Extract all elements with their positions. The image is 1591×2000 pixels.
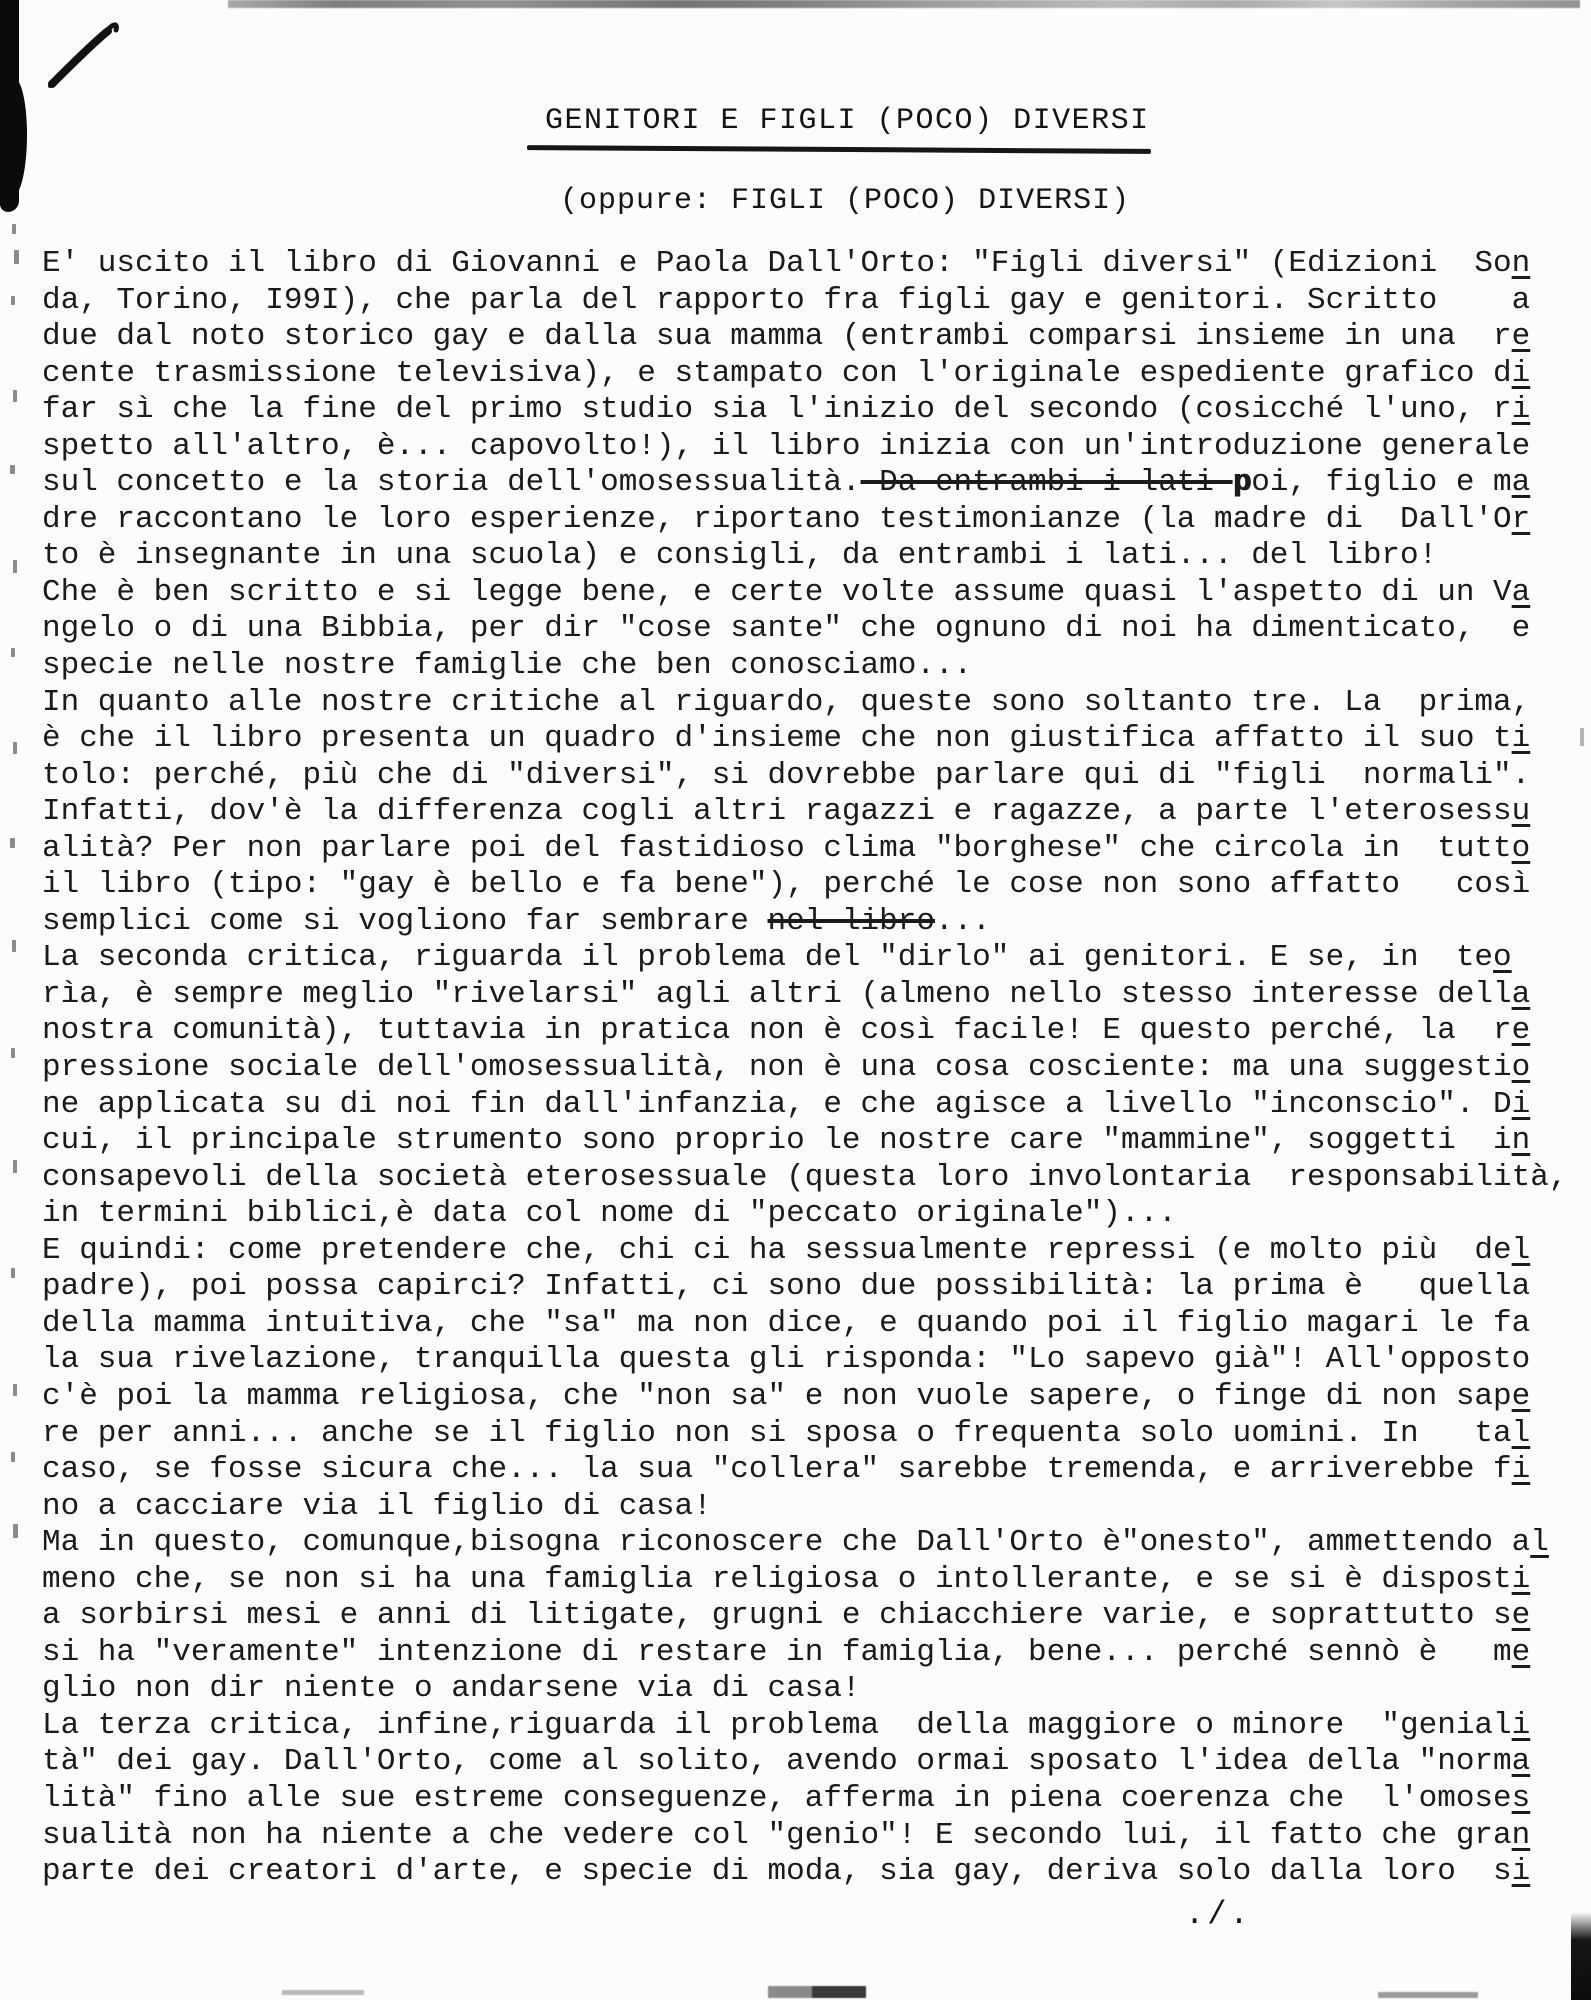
text-line: E' uscito il libro di Giovanni e Paola D… <box>42 246 1572 283</box>
text-line: la sua rivelazione, tranquilla questa gl… <box>42 1342 1572 1379</box>
text-line: dre raccontano le loro esperienze, ripor… <box>42 502 1572 539</box>
scan-edge-corner-bar <box>1571 1912 1591 2000</box>
text-line: il libro (tipo: "gay è bello e fa bene")… <box>42 867 1572 904</box>
text-line: glio non dir niente o andarsene via di c… <box>42 1671 1572 1708</box>
text-line: due dal noto storico gay e dalla sua mam… <box>42 319 1572 356</box>
scan-edge-bottom-mark <box>1378 1992 1478 1998</box>
text-line: tolo: perché, più che di "diversi", si d… <box>42 758 1572 795</box>
text-line: Ma in questo, comunque,bisogna riconosce… <box>42 1525 1572 1562</box>
scan-edge-right-speck <box>1580 728 1584 746</box>
continuation-mark: ./. <box>1185 1896 1252 1933</box>
scan-edge-bottom-mark <box>282 1990 364 1995</box>
text-line: si ha "veramente" intenzione di restare … <box>42 1635 1572 1672</box>
scan-margin-tick <box>11 1048 15 1058</box>
text-line: ne applicata su di noi fin dall'infanzia… <box>42 1087 1572 1124</box>
text-line: E quindi: come pretendere che, chi ci ha… <box>42 1233 1572 1270</box>
scan-margin-tick <box>11 648 15 657</box>
page-title: GENITORI E FIGLI (POCO) DIVERSI <box>545 104 1150 138</box>
page-subtitle: (oppure: FIGLI (POCO) DIVERSI) <box>560 184 1130 218</box>
text-line: La seconda critica, riguarda il problema… <box>42 940 1572 977</box>
text-line: della mamma intuitiva, che "sa" ma non d… <box>42 1306 1572 1343</box>
text-line: in termini biblici,è data col nome di "p… <box>42 1196 1572 1233</box>
scan-margin-tick <box>12 940 16 952</box>
text-line: specie nelle nostre famiglie che ben con… <box>42 648 1572 685</box>
scan-edge-top-streak <box>228 0 1580 8</box>
text-line: caso, se fosse sicura che... la sua "col… <box>42 1452 1572 1489</box>
scan-margin-tick <box>13 1384 17 1396</box>
scan-margin-tick <box>10 838 15 848</box>
text-line: semplici come si vogliono far sembrare n… <box>42 904 1572 941</box>
text-line: cui, il principale strumento sono propri… <box>42 1123 1572 1160</box>
text-line: a sorbirsi mesi e anni di litigate, grug… <box>42 1598 1572 1635</box>
text-line: Infatti, dov'è la differenza cogli altri… <box>42 794 1572 831</box>
text-line: no a cacciare via il figlio di casa! <box>42 1489 1572 1526</box>
text-line: ngelo o di una Bibbia, per dir "cose san… <box>42 611 1572 648</box>
scan-margin-tick <box>12 224 16 234</box>
text-line: nostra comunità), tuttavia in pratica no… <box>42 1013 1572 1050</box>
scan-margin-tick <box>14 250 19 264</box>
text-line: consapevoli della società eterosessuale … <box>42 1160 1572 1197</box>
text-line: tà" dei gay. Dall'Orto, come al solito, … <box>42 1744 1572 1781</box>
text-line: lità" fino alle sue estreme conseguenze,… <box>42 1781 1572 1818</box>
text-line: pressione sociale dell'omosessualità, no… <box>42 1050 1572 1087</box>
scan-margin-tick <box>13 742 17 754</box>
scan-margin-tick <box>11 1268 15 1278</box>
scan-margin-tick <box>10 465 15 474</box>
text-line: alità? Per non parlare poi del fastidios… <box>42 831 1572 868</box>
pen-mark-icon <box>42 14 134 94</box>
scan-margin-tick <box>13 1160 17 1173</box>
scan-margin-tick <box>13 1524 18 1538</box>
text-line: far sì che la fine del primo studio sia … <box>42 392 1572 429</box>
document-body: E' uscito il libro di Giovanni e Paola D… <box>42 246 1572 1891</box>
text-line: meno che, se non si ha una famiglia reli… <box>42 1562 1572 1599</box>
text-line: spetto all'altro, è... capovolto!), il l… <box>42 429 1572 466</box>
text-line: sul concetto e la storia dell'omosessual… <box>42 465 1572 502</box>
scan-margin-tick <box>13 560 17 573</box>
title-underline-rule <box>527 145 1151 154</box>
text-line: re per anni... anche se il figlio non si… <box>42 1416 1572 1453</box>
text-line: è che il libro presenta un quadro d'insi… <box>42 721 1572 758</box>
text-line: da, Torino, I99I), che parla del rapport… <box>42 283 1572 320</box>
text-line: parte dei creatori d'arte, e specie di m… <box>42 1854 1572 1891</box>
scanned-document-page: GENITORI E FIGLI (POCO) DIVERSI (oppure:… <box>0 0 1591 2000</box>
text-line: La terza critica, infine,riguarda il pro… <box>42 1708 1572 1745</box>
scan-edge-bottom-mark <box>768 1986 866 1998</box>
scan-margin-tick <box>13 390 17 402</box>
scan-margin-tick <box>11 296 15 305</box>
scan-edge-left-blob <box>0 78 27 196</box>
text-line: cente trasmissione televisiva), e stampa… <box>42 356 1572 393</box>
text-line: sualità non ha niente a che vedere col "… <box>42 1818 1572 1855</box>
text-line: Che è ben scritto e si legge bene, e cer… <box>42 575 1572 612</box>
scan-margin-tick <box>11 1452 15 1462</box>
text-line: padre), poi possa capirci? Infatti, ci s… <box>42 1269 1572 1306</box>
text-line: In quanto alle nostre critiche al riguar… <box>42 685 1572 722</box>
text-line: c'è poi la mamma religiosa, che "non sa"… <box>42 1379 1572 1416</box>
text-line: rìa, è sempre meglio "rivelarsi" agli al… <box>42 977 1572 1014</box>
text-line: to è insegnante in una scuola) e consigl… <box>42 538 1572 575</box>
